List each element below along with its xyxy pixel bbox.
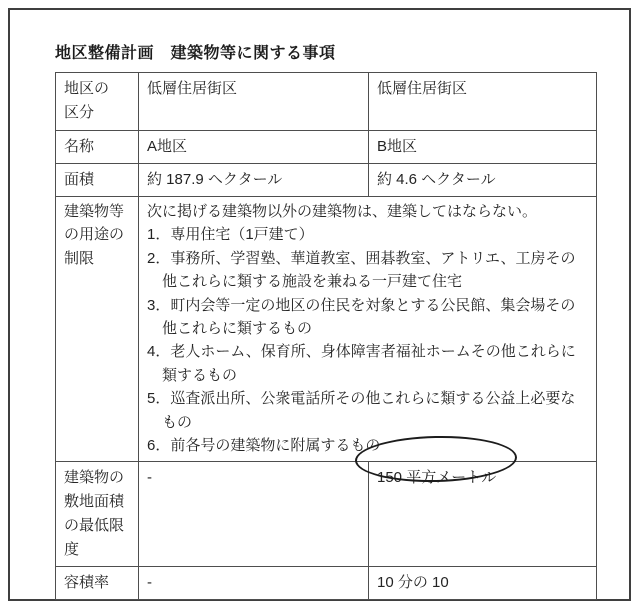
document-title: 地区整備計画 建築物等に関する事項 [55,44,336,64]
cell-floor-area-ratio-a: - [139,567,369,600]
cell-floor-area-ratio-b: 10 分の 10 [369,567,597,600]
cell-area-a: 約 187.9 ヘクタール [139,164,369,197]
table-row-name: 名称 A地区 B地区 [56,131,597,164]
row-header-floor-area-ratio: 容積率 [56,567,139,600]
cell-district-class-b: 低層住居街区 [369,73,597,131]
cell-district-class-a: 低層住居街区 [139,73,369,131]
cell-name-a: A地区 [139,131,369,164]
table-row-use-restriction: 建築物等 の用途の 制限 次に掲げる建築物以外の建築物は、建築してはならない。 … [56,197,597,462]
row-header-name: 名称 [56,131,139,164]
table-row-floor-area-ratio: 容積率 - 10 分の 10 [56,567,597,600]
row-header-area: 面積 [56,164,139,197]
use-restriction-item: 3．町内会等一定の地区の住民を対象とする公民館、集会場その他これらに類するもの [147,294,588,341]
row-header-min-site-area: 建築物の 敷地面積 の最低限 度 [56,462,139,567]
use-restriction-intro: 次に掲げる建築物以外の建築物は、建築してはならない。 [147,200,588,223]
page: 地区整備計画 建築物等に関する事項 地区の 区分 低層住居街区 低層住居街区 名… [0,0,640,608]
cell-min-site-area-a: - [139,462,369,567]
use-restriction-item: 2．事務所、学習塾、華道教室、囲碁教室、アトリエ、工房その他これらに類する施設を… [147,247,588,294]
row-header-district-class: 地区の 区分 [56,73,139,131]
table-row-district-class: 地区の 区分 低層住居街区 低層住居街区 [56,73,597,131]
use-restriction-item: 5．巡査派出所、公衆電話所その他これらに類する公益上必要なもの [147,387,588,434]
cell-area-b: 約 4.6 ヘクタール [369,164,597,197]
use-restriction-item: 4．老人ホーム、保育所、身体障害者福祉ホームその他これらに類するもの [147,340,588,387]
cell-name-b: B地区 [369,131,597,164]
use-restriction-item: 6．前各号の建築物に附属するもの [147,434,588,457]
cell-min-site-area-b: 150 平方メートル [369,462,597,567]
use-restriction-item: 1．専用住宅（1戸建て） [147,223,588,246]
document-frame: 地区整備計画 建築物等に関する事項 地区の 区分 低層住居街区 低層住居街区 名… [8,8,631,601]
table-row-min-site-area: 建築物の 敷地面積 の最低限 度 - 150 平方メートル [56,462,597,567]
district-plan-table: 地区の 区分 低層住居街区 低層住居街区 名称 A地区 B地区 面積 約 187… [55,72,597,600]
cell-use-restriction: 次に掲げる建築物以外の建築物は、建築してはならない。 1．専用住宅（1戸建て） … [139,197,597,462]
table-row-area: 面積 約 187.9 ヘクタール 約 4.6 ヘクタール [56,164,597,197]
row-header-use-restriction: 建築物等 の用途の 制限 [56,197,139,462]
